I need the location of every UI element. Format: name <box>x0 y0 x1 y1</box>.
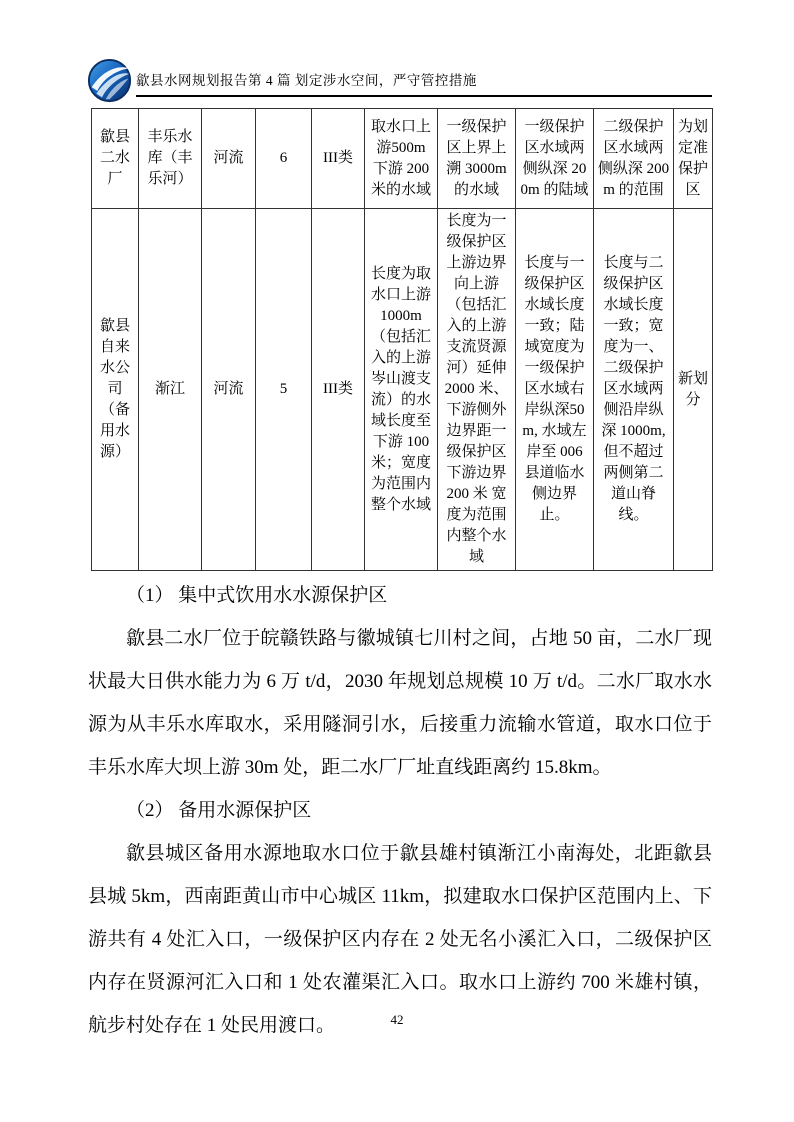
cell-plant-name: 歙县二水厂 <box>92 109 139 209</box>
cell-source-type: 河流 <box>202 209 256 571</box>
cell-source-name: 丰乐水库（丰乐河） <box>139 109 202 209</box>
cell-new-division: 新划分 <box>674 209 713 571</box>
cell-source-name: 渐江 <box>139 209 202 571</box>
protection-zone-table: 歙县二水厂 丰乐水库（丰乐河） 河流 6 III类 取水口上游500m 下游 2… <box>91 108 713 571</box>
page-footer: 42 <box>0 1012 794 1028</box>
cell-plant-name: 歙县自来水公司（备用水源） <box>92 209 139 571</box>
page-number: 42 <box>391 1012 404 1027</box>
cell-quasi-zone: 为划定准保护区 <box>674 109 713 209</box>
cell-intake-zone: 长度为取水口上游1000m（包括汇入的上游岑山渡支流）的水域长度至下游 100 … <box>365 209 438 571</box>
cell-level1-zone: 长度为一级保护区上游边界向上游（包括汇入的上游支流贤源河）延伸 2000 米、下… <box>438 209 516 571</box>
report-logo-icon <box>86 58 133 103</box>
header-title: 歙县水网规划报告第 4 篇 划定涉水空间，严守管控措施 <box>136 73 477 88</box>
table-row-plant2: 歙县二水厂 丰乐水库（丰乐河） 河流 6 III类 取水口上游500m 下游 2… <box>92 109 713 209</box>
cell-level1-land: 一级保护区水域两侧纵深 200m 的陆域 <box>516 109 594 209</box>
cell-source-type: 河流 <box>202 109 256 209</box>
cell-level2-zone: 长度与二级保护区水域长度一致；宽度为一、二级保护区水域两侧沿岸纵深 1000m,… <box>594 209 674 571</box>
body-text: （1） 集中式饮用水水源保护区 歙县二水厂位于皖赣铁路与徽城镇七川村之间，占地 … <box>88 574 712 1047</box>
cell-water-class: III类 <box>312 109 365 209</box>
section-heading-2: （2） 备用水源保护区 <box>88 789 712 832</box>
section-heading-1: （1） 集中式饮用水水源保护区 <box>88 574 712 617</box>
table-row-backup-source: 歙县自来水公司（备用水源） 渐江 河流 5 III类 长度为取水口上游1000m… <box>92 209 713 571</box>
cell-number: 6 <box>256 109 312 209</box>
header-rule: 歙县水网规划报告第 4 篇 划定涉水空间，严守管控措施 <box>136 69 712 97</box>
cell-level1-land: 长度与一级保护区水域长度一致；陆域宽度为一级保护区水域右岸纵深50m, 水域左岸… <box>516 209 594 571</box>
paragraph-centralized-source: 歙县二水厂位于皖赣铁路与徽城镇七川村之间，占地 50 亩，二水厂现状最大日供水能… <box>88 617 712 789</box>
cell-level2-zone: 二级保护区水域两侧纵深 200m 的范围 <box>594 109 674 209</box>
cell-intake-zone: 取水口上游500m 下游 200 米的水域 <box>365 109 438 209</box>
page-header: 歙县水网规划报告第 4 篇 划定涉水空间，严守管控措施 <box>86 58 712 97</box>
cell-number: 5 <box>256 209 312 571</box>
document-page: 歙县水网规划报告第 4 篇 划定涉水空间，严守管控措施 歙县二水厂 丰乐水库（丰… <box>0 0 794 1122</box>
cell-water-class: III类 <box>312 209 365 571</box>
cell-level1-zone: 一级保护区上界上溯 3000m 的水域 <box>438 109 516 209</box>
